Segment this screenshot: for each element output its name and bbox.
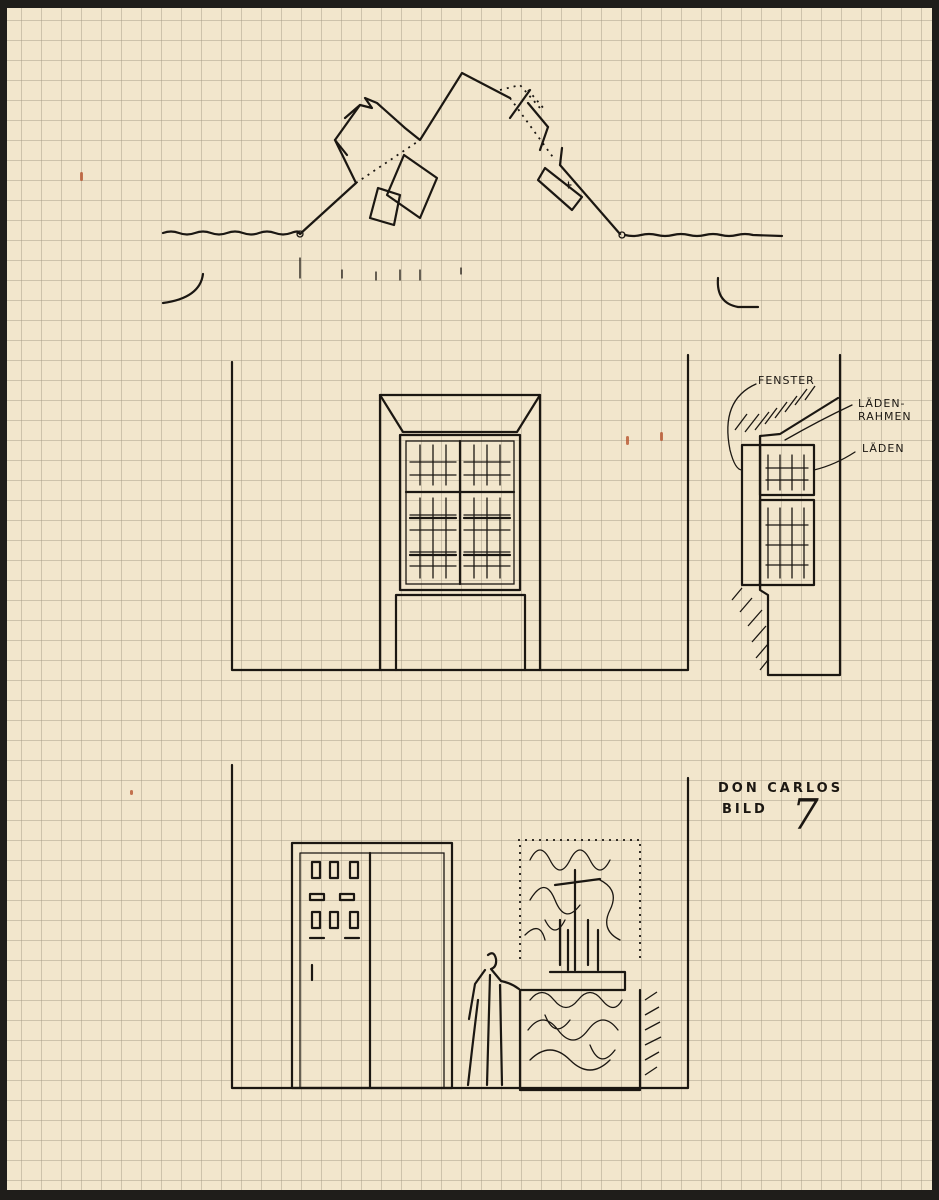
label-fenster: FENSTER <box>758 374 815 387</box>
paper-stain <box>80 172 83 181</box>
label-laden-rahmen-1: LÄDEN- <box>858 397 906 410</box>
label-laden: LÄDEN <box>862 442 905 455</box>
paper-stain <box>626 436 629 445</box>
ground-plan <box>163 73 782 307</box>
door-elevation <box>232 765 688 1090</box>
title-don-carlos: DON CARLOS <box>718 781 843 796</box>
architectural-sketch <box>0 0 939 1200</box>
label-laden-rahmen-2: RAHMEN <box>858 410 912 423</box>
paper-stain <box>660 432 663 441</box>
window-section <box>728 355 855 675</box>
title-bild: BILD <box>722 802 768 817</box>
window-elevation <box>232 355 688 670</box>
title-scene-number: 7 <box>792 790 819 839</box>
paper-stain <box>130 790 133 795</box>
